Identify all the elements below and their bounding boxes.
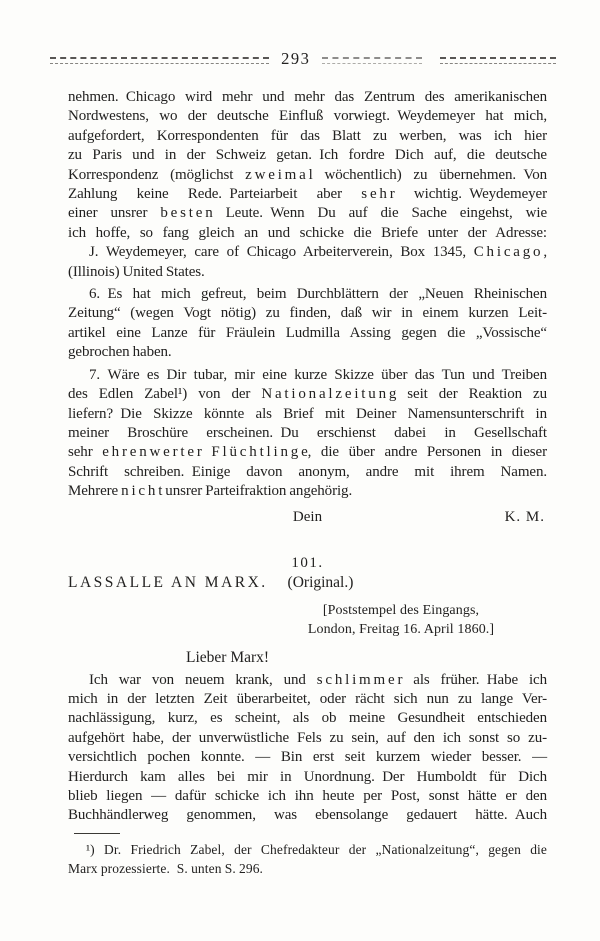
- header-rule-left: [50, 57, 269, 64]
- rule-segment: [440, 57, 556, 64]
- text-line: Zeitung“ (wegen Vogt nötig) zu finden, d…: [68, 304, 547, 323]
- letter-body: Ich war von neuem krank, und s c h l i m…: [68, 671, 547, 826]
- signature-initials: K. M.: [505, 509, 545, 526]
- text-line: nachlässigung, kurz, es scheint, als ob …: [68, 709, 547, 728]
- footnote-area: ¹) Dr. Friedrich Zabel, der Chefredakteu…: [68, 833, 547, 878]
- text-line: Korrespondenz (möglichst z w e i m a l w…: [68, 166, 547, 185]
- text-line: 7. Wäre es Dir tubar, mir eine kurze Ski…: [68, 366, 547, 385]
- text-line: artikel eine Lanze für Fräulein Ludmilla…: [68, 324, 547, 343]
- text-line: versichtlich pochen konnte. — Bin erst s…: [68, 748, 547, 767]
- text-line: Zahlung keine Rede. Parteiarbeit aber s …: [68, 185, 547, 204]
- rule-segment: [322, 57, 422, 64]
- postmark-line: London, Freitag 16. April 1860.]: [275, 620, 527, 640]
- text-line: (Illinois) United States.: [68, 263, 547, 282]
- letter-number: 101.: [68, 555, 547, 572]
- paragraph-7: 7. Wäre es Dir tubar, mir eine kurze Ski…: [68, 366, 547, 502]
- text-line: Nordwestens, wo der deutsche Einfluß vor…: [68, 107, 547, 126]
- text-line: aufgefordert, Korrespondenten für das Bl…: [68, 127, 547, 146]
- text-line: meiner Broschüre erscheinen. Du erschien…: [68, 424, 547, 443]
- paragraph-continuation: nehmen. Chicago wird mehr und mehr das Z…: [68, 88, 547, 243]
- text-line: Hierdurch kam alles bei mir in Unordnung…: [68, 768, 547, 787]
- text-line: gebrochen haben.: [68, 343, 547, 362]
- header-rule-right: [322, 57, 556, 64]
- postmark-note: [Poststempel des Eingangs, London, Freit…: [275, 601, 527, 640]
- salutation: Lieber Marx!: [186, 649, 547, 667]
- text-line: Ich war von neuem krank, und s c h l i m…: [68, 671, 547, 690]
- letter-100-continuation: nehmen. Chicago wird mehr und mehr das Z…: [68, 88, 547, 529]
- paragraph-6: 6. Es hat mich gefreut, beim Durchblätte…: [68, 285, 547, 363]
- text-line: liefern? Die Skizze könnte als Brief mit…: [68, 405, 547, 424]
- book-page: 293 nehmen. Chicago wird mehr und mehr d…: [0, 0, 600, 941]
- text-line: Buchhändlerweg genommen, was ebensolange…: [68, 806, 547, 825]
- letter-heading-title: LASSALLE AN MARX.: [68, 574, 268, 591]
- signature-valediction: Dein: [68, 509, 547, 526]
- text-line: des Edlen Zabel¹) von der N a t i o n a …: [68, 385, 547, 404]
- text-line: 6. Es hat mich gefreut, beim Durchblätte…: [68, 285, 547, 304]
- footnote-line: Marx prozessierte. S. unten S. 296.: [68, 859, 547, 878]
- running-head: 293: [50, 52, 556, 69]
- rule-segment: [50, 57, 269, 64]
- signature-row: Dein K. M.: [68, 509, 547, 529]
- text-line: einer unsrer b e s t e n Leute. Wenn Du …: [68, 204, 547, 223]
- text-line: sehr e h r e n w e r t e r F l ü c h t l…: [68, 443, 547, 462]
- footnote-line: ¹) Dr. Friedrich Zabel, der Chefredakteu…: [68, 840, 547, 859]
- text-line: aufgehört habe, der unverwüstliche Fels …: [68, 729, 547, 748]
- address-block: J. Weydemeyer, care of Chicago Arbeiterv…: [68, 243, 547, 282]
- text-line: ich hoffe, so fang gleich an und schicke…: [68, 224, 547, 243]
- text-line: Schrift schreiben. Einige davon anonym, …: [68, 463, 547, 482]
- letter-heading: LASSALLE AN MARX. (Original.): [68, 574, 547, 592]
- text-line: zu Paris und in der Schweiz getan. Ich f…: [68, 146, 547, 165]
- text-line: mich in der letzten Zeit überarbeitet, o…: [68, 690, 547, 709]
- page-number: 293: [269, 51, 322, 68]
- letter-101: 101. LASSALLE AN MARX. (Original.) [Post…: [68, 555, 547, 826]
- text-column: nehmen. Chicago wird mehr und mehr das Z…: [68, 88, 547, 878]
- footnote-divider: [74, 833, 120, 834]
- text-line: Mehrere n i c h t unsrer Parteifraktion …: [68, 482, 547, 501]
- letter-heading-note: (Original.): [288, 574, 354, 591]
- postmark-line: [Poststempel des Eingangs,: [275, 601, 527, 621]
- text-line: blieb liegen — dafür schicke ich ihn heu…: [68, 787, 547, 806]
- text-line: J. Weydemeyer, care of Chicago Arbeiterv…: [68, 243, 547, 262]
- text-line: nehmen. Chicago wird mehr und mehr das Z…: [68, 88, 547, 107]
